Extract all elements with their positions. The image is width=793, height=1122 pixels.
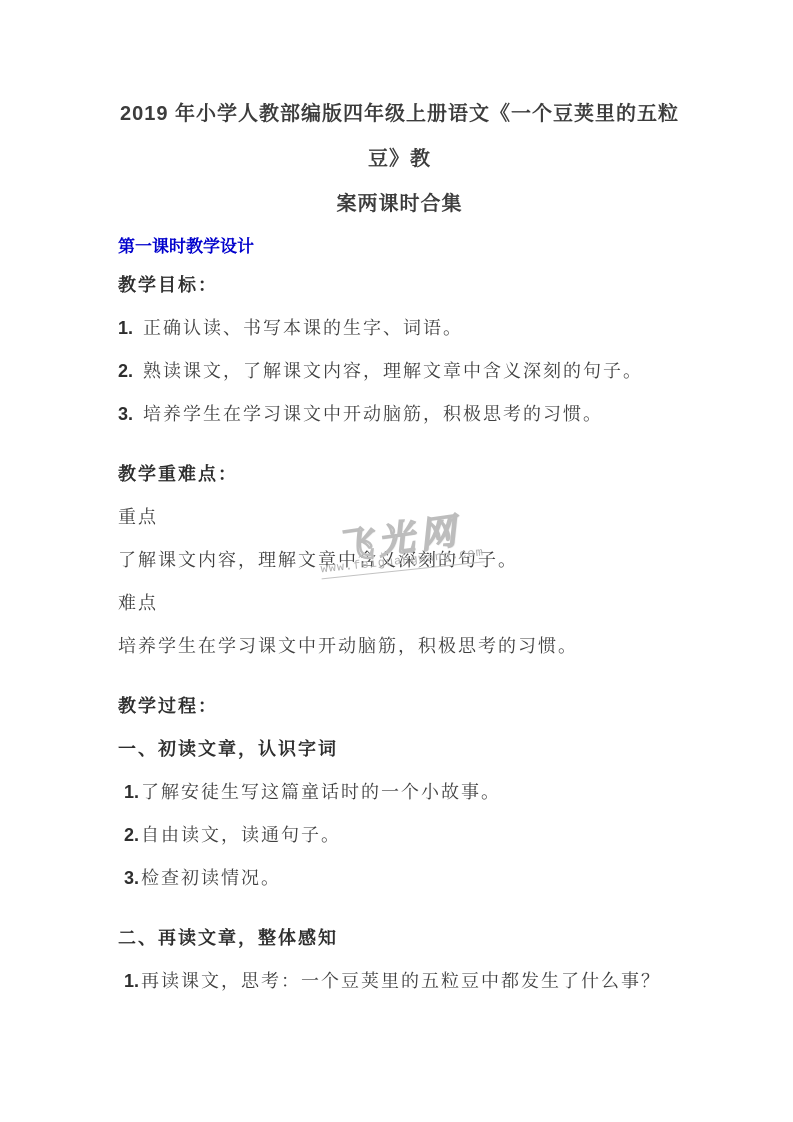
list-item-text: 自由读文，读通句子。 xyxy=(141,825,341,845)
document-title: 2019 年小学人教部编版四年级上册语文《一个豆荚里的五粒豆》教案两课时合集 xyxy=(118,92,681,227)
list-item-number: 3. xyxy=(118,404,133,424)
paragraph-text: 教学目标： xyxy=(118,275,218,295)
document-page: 2019 年小学人教部编版四年级上册语文《一个豆荚里的五粒豆》教案两课时合集 第… xyxy=(0,0,793,1122)
list-item: 3.培养学生在学习课文中开动脑筋，积极思考的习惯。 xyxy=(118,404,681,424)
list-item: 3.检查初读情况。 xyxy=(118,868,681,888)
document-body: 教学目标： 1.正确认读、书写本课的生字、词语。 2.熟读课文，了解课文内容，理… xyxy=(118,275,681,991)
page-content-area: 2019 年小学人教部编版四年级上册语文《一个豆荚里的五粒豆》教案两课时合集 第… xyxy=(0,0,793,991)
paragraph-text: 培养学生在学习课文中开动脑筋，积极思考的习惯。 xyxy=(118,636,578,656)
list-item: 2.熟读课文，了解课文内容，理解文章中含义深刻的句子。 xyxy=(118,361,681,381)
list-item-number: 1. xyxy=(118,318,133,338)
paragraph-text: 难点 xyxy=(118,593,158,613)
paragraph-text: 了解课文内容，理解文章中含义深刻的句子。 xyxy=(118,550,518,570)
list-item: 1.正确认读、书写本课的生字、词语。 xyxy=(118,318,681,338)
paragraph-section-two-heading: 二、再读文章，整体感知 xyxy=(118,928,681,948)
list-item-text: 培养学生在学习课文中开动脑筋，积极思考的习惯。 xyxy=(143,404,603,424)
list-item-text: 检查初读情况。 xyxy=(141,868,281,888)
list-item-number: 1. xyxy=(124,782,139,802)
paragraph-text: 一、初读文章，认识字词 xyxy=(118,739,338,759)
paragraph-teaching-process-heading: 教学过程： xyxy=(118,696,681,716)
paragraph-section-one-heading: 一、初读文章，认识字词 xyxy=(118,739,681,759)
list-item: 2.自由读文，读通句子。 xyxy=(118,825,681,845)
list-item-number: 3. xyxy=(124,868,139,888)
section-heading-lesson1: 第一课时教学设计 xyxy=(118,237,681,257)
list-item-number: 2. xyxy=(118,361,133,381)
list-item: 1.再读课文，思考：一个豆荚里的五粒豆中都发生了什么事？ xyxy=(118,971,681,991)
paragraph-text: 重点 xyxy=(118,507,158,527)
paragraph: 了解课文内容，理解文章中含义深刻的句子。 xyxy=(118,550,681,570)
list-item: 1.了解安徒生写这篇童话时的一个小故事。 xyxy=(118,782,681,802)
list-item-text: 了解安徒生写这篇童话时的一个小故事。 xyxy=(141,782,501,802)
list-item-text: 熟读课文，了解课文内容，理解文章中含义深刻的句子。 xyxy=(143,361,643,381)
document-title-line2: 案两课时合集 xyxy=(337,193,463,215)
document-title-line1: 2019 年小学人教部编版四年级上册语文《一个豆荚里的五粒豆》教 xyxy=(120,103,679,170)
paragraph: 培养学生在学习课文中开动脑筋，积极思考的习惯。 xyxy=(118,636,681,656)
paragraph-text: 教学过程： xyxy=(118,696,218,716)
paragraph: 难点 xyxy=(118,593,681,613)
list-item-text: 再读课文，思考：一个豆荚里的五粒豆中都发生了什么事？ xyxy=(141,971,661,991)
paragraph-text: 教学重难点： xyxy=(118,464,238,484)
list-item-text: 正确认读、书写本课的生字、词语。 xyxy=(143,318,463,338)
list-item-number: 2. xyxy=(124,825,139,845)
paragraph: 重点 xyxy=(118,507,681,527)
list-item-number: 1. xyxy=(124,971,139,991)
paragraph-text: 二、再读文章，整体感知 xyxy=(118,928,338,948)
paragraph-teaching-goals-heading: 教学目标： xyxy=(118,275,681,295)
paragraph-key-points-heading: 教学重难点： xyxy=(118,464,681,484)
